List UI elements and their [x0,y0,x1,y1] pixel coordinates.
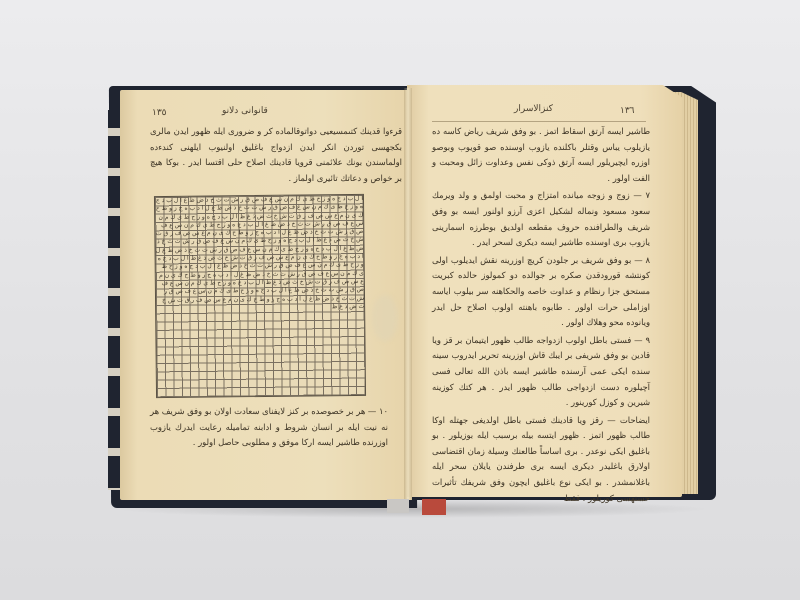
paragraph: ايضاحات — رقز ويا قادينك فستى باطل اولدي… [432,413,650,507]
paper-stain [372,295,398,341]
paragraph: ٧ — زوج و زوجه ميانده امتزاج و محبت اولم… [432,188,650,250]
right-page-text: طاشير ايسه آرتق اسقاط اتمز . بو وفق شريف… [432,124,650,508]
right-running-head: كنزالاسرار [514,104,553,114]
bookmark-ribbon-red [422,499,446,515]
right-page-number: ١٣٦ [620,106,635,116]
book-gutter [404,88,412,500]
bookmark-ribbon-white [387,499,409,513]
left-page-text-bottom: ١٠ — هر بر خصوصده بر كنز لايفناى سعادت ا… [150,404,388,453]
left-page-number: ١٣٥ [152,108,167,118]
paragraph: ٨ — بو وفق شريف بر جلودن كريچ اوزرينه نق… [432,253,650,331]
grid-letters: ا ل ب د ج ه و ز ح ط ى ك م ن س ع ف ص ق ر … [155,195,365,397]
magic-square-talisman: ا ل ب د ج ه و ز ح ط ى ك م ن س ع ف ص ق ر … [154,194,366,398]
header-rule [432,121,646,122]
paragraph: طاشير ايسه آرتق اسقاط اتمز . بو وفق شريف… [432,124,650,186]
paragraph: ١٠ — هر بر خصوصده بر كنز لايفناى سعادت ا… [150,404,388,451]
paragraph: قرءوا قدينك كتىمسيعيى دواتوقالماده كر و … [150,124,402,186]
left-page-text-top: قرءوا قدينك كتىمسيعيى دواتوقالماده كر و … [150,124,402,188]
paragraph: ٩ — فستى باطل اولوب ازدواجه طالب ظهور اي… [432,333,650,411]
left-running-head: قانوانى دلانو [222,106,268,116]
